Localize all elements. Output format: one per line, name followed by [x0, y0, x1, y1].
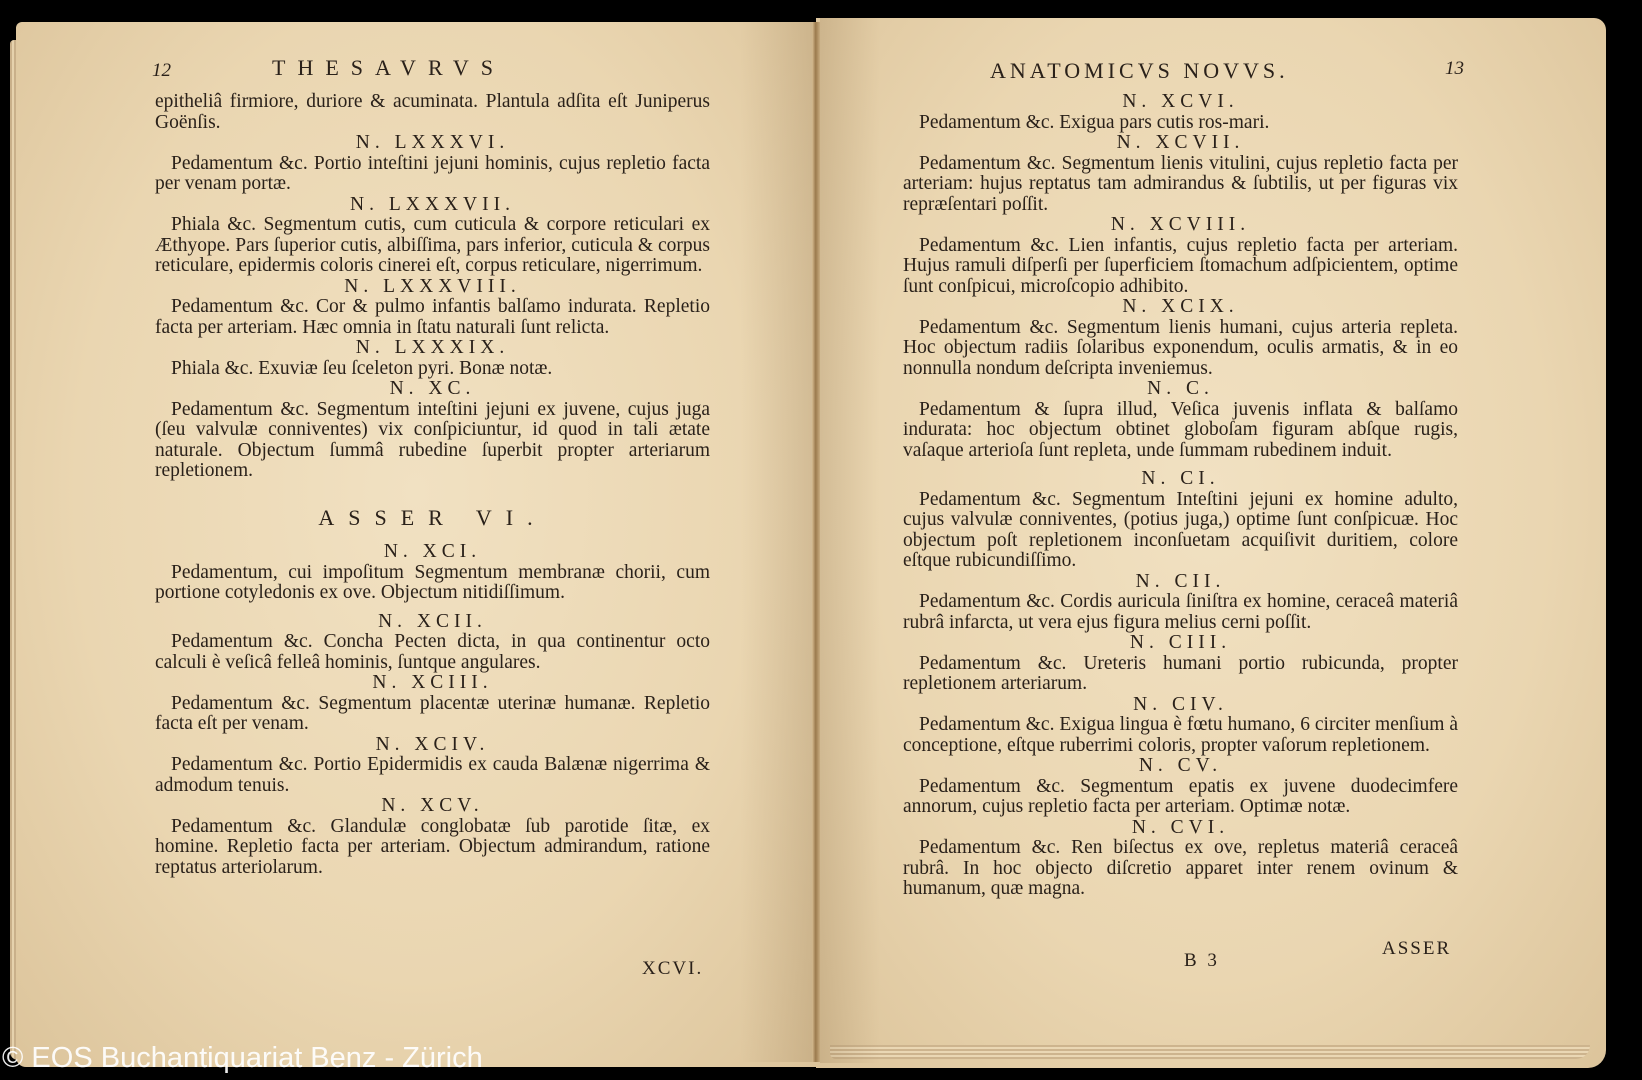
entry-text: Pedamentum &c. Lien infantis, cujus repl… [903, 236, 1458, 298]
catalog-entry: N. CV. Pedamentum &c. Segmentum epatis e… [903, 756, 1458, 818]
section-heading: ASSER VI. [155, 508, 710, 529]
entry-text: Pedamentum &c. Segmentum placentæ uterin… [155, 694, 710, 735]
left-page-text: epitheliâ firmiore, duriore & acuminata.… [155, 92, 710, 878]
entry-number: N. C. [903, 379, 1458, 400]
catalog-entry: N. XCIII. Pedamentum &c. Segmentum place… [155, 673, 710, 735]
entry-text: Pedamentum & ſupra illud, Veſica juvenis… [903, 400, 1458, 462]
catalog-entry: N. XC. Pedamentum &c. Segmentum inteſtin… [155, 379, 710, 482]
entry-number: N. CIV. [903, 695, 1458, 716]
entry-text: Pedamentum &c. Segmentum lienis humani, … [903, 318, 1458, 380]
entry-text: Pedamentum &c. Glandulæ conglobatæ ſub p… [155, 817, 710, 879]
page-number-right: 13 [1445, 58, 1464, 80]
catchword-right: ASSER [1382, 938, 1451, 960]
catalog-entry: N. LXXXVII. Phiala &c. Segmentum cutis, … [155, 195, 710, 277]
catalog-entry: N. XCVII. Pedamentum &c. Segmentum lieni… [903, 133, 1458, 215]
catalog-entry: N. XCII. Pedamentum &c. Concha Pecten di… [155, 612, 710, 674]
entry-text: Pedamentum &c. Exigua lingua è fœtu huma… [903, 715, 1458, 756]
running-head-left: THESAVRVS [272, 55, 505, 81]
entry-text: Pedamentum &c. Portio Epidermidis ex cau… [155, 755, 710, 796]
continued-text: epitheliâ firmiore, duriore & acuminata.… [155, 92, 710, 133]
entry-text: Pedamentum &c. Segmentum inteſtini jejun… [155, 400, 710, 482]
entry-number: N. CII. [903, 572, 1458, 593]
entry-text: Pedamentum &c. Cor & pulmo infantis balſ… [155, 297, 710, 338]
entry-text: Pedamentum &c. Portio inteſtini jejuni h… [155, 154, 710, 195]
entry-number: N. XCI. [155, 542, 710, 563]
entry-number: N. XC. [155, 379, 710, 400]
catalog-entry: N. LXXXVI. Pedamentum &c. Portio inteſti… [155, 133, 710, 195]
entry-text: Pedamentum &c. Ureteris humani portio ru… [903, 654, 1458, 695]
page-edges-bottom [830, 1045, 1590, 1059]
catchword-left: XCVI. [642, 958, 703, 980]
catalog-entry: N. XCIV. Pedamentum &c. Portio Epidermid… [155, 735, 710, 797]
entry-text: Pedamentum &c. Segmentum Inteſtini jejun… [903, 490, 1458, 572]
entry-text: Pedamentum &c. Concha Pecten dicta, in q… [155, 632, 710, 673]
catalog-entry: N. XCV. Pedamentum &c. Glandulæ congloba… [155, 796, 710, 878]
entry-number: N. XCVII. [903, 133, 1458, 154]
entry-number: N. LXXXVIII. [155, 277, 710, 298]
catalog-entry: N. CIII. Pedamentum &c. Ureteris humani … [903, 633, 1458, 695]
entry-number: N. CI. [903, 469, 1458, 490]
entry-number: N. LXXXVI. [155, 133, 710, 154]
entry-text: Phiala &c. Segmentum cutis, cum cuticula… [155, 215, 710, 277]
catalog-entry: N. XCVIII. Pedamentum &c. Lien infantis,… [903, 215, 1458, 297]
entry-text: Pedamentum &c. Exigua pars cutis ros-mar… [903, 113, 1458, 134]
entry-text: Phiala &c. Exuviæ ſeu ſceleton pyri. Bon… [155, 359, 710, 380]
catalog-entry: N. XCIX. Pedamentum &c. Segmentum lienis… [903, 297, 1458, 379]
gutter-shadow-right [820, 18, 880, 1063]
entry-text: Pedamentum &c. Cordis auricula ſiniſtra … [903, 592, 1458, 633]
entry-number: N. XCIX. [903, 297, 1458, 318]
entry-number: N. LXXXVII. [155, 195, 710, 216]
entry-text: Pedamentum &c. Ren biſectus ex ove, repl… [903, 838, 1458, 900]
page-number-left: 12 [152, 60, 171, 82]
entry-number: N. CIII. [903, 633, 1458, 654]
entry-number: N. XCVIII. [903, 215, 1458, 236]
catalog-entry: N. CIV. Pedamentum &c. Exigua lingua è f… [903, 695, 1458, 757]
entry-number: N. LXXXIX. [155, 338, 710, 359]
entry-text: Pedamentum &c. Segmentum lienis vitulini… [903, 154, 1458, 216]
entry-number: N. CV. [903, 756, 1458, 777]
entry-number: N. XCII. [155, 612, 710, 633]
entry-number: N. XCIII. [155, 673, 710, 694]
entry-number: N. XCVI. [903, 92, 1458, 113]
catalog-entry: N. XCVI. Pedamentum &c. Exigua pars cuti… [903, 92, 1458, 133]
running-head-right: ANATOMICVS NOVVS. [990, 58, 1289, 84]
entry-number: N. CVI. [903, 818, 1458, 839]
entry-number: N. XCIV. [155, 735, 710, 756]
book-gutter [812, 22, 820, 1062]
gutter-shadow-left [740, 22, 812, 1062]
signature-mark: B 3 [1184, 950, 1220, 972]
entry-number: N. XCV. [155, 796, 710, 817]
catalog-entry: N. CII. Pedamentum &c. Cordis auricula ſ… [903, 572, 1458, 634]
catalog-entry: N. CVI. Pedamentum &c. Ren biſectus ex o… [903, 818, 1458, 900]
catalog-entry: N. LXXXVIII. Pedamentum &c. Cor & pulmo … [155, 277, 710, 339]
entry-text: Pedamentum &c. Segmentum epatis ex juven… [903, 777, 1458, 818]
catalog-entry: N. XCI. Pedamentum, cui impoſitum Segmen… [155, 542, 710, 604]
right-page-text: N. XCVI. Pedamentum &c. Exigua pars cuti… [903, 92, 1458, 900]
entry-text: Pedamentum, cui impoſitum Segmentum memb… [155, 563, 710, 604]
catalog-entry: N. LXXXIX. Phiala &c. Exuviæ ſeu ſceleto… [155, 338, 710, 379]
catalog-entry: N. CI. Pedamentum &c. Segmentum Inteſtin… [903, 469, 1458, 572]
catalog-entry: N. C. Pedamentum & ſupra illud, Veſica j… [903, 379, 1458, 461]
copyright-watermark: © EOS Buchantiquariat Benz - Zürich [2, 1042, 483, 1075]
